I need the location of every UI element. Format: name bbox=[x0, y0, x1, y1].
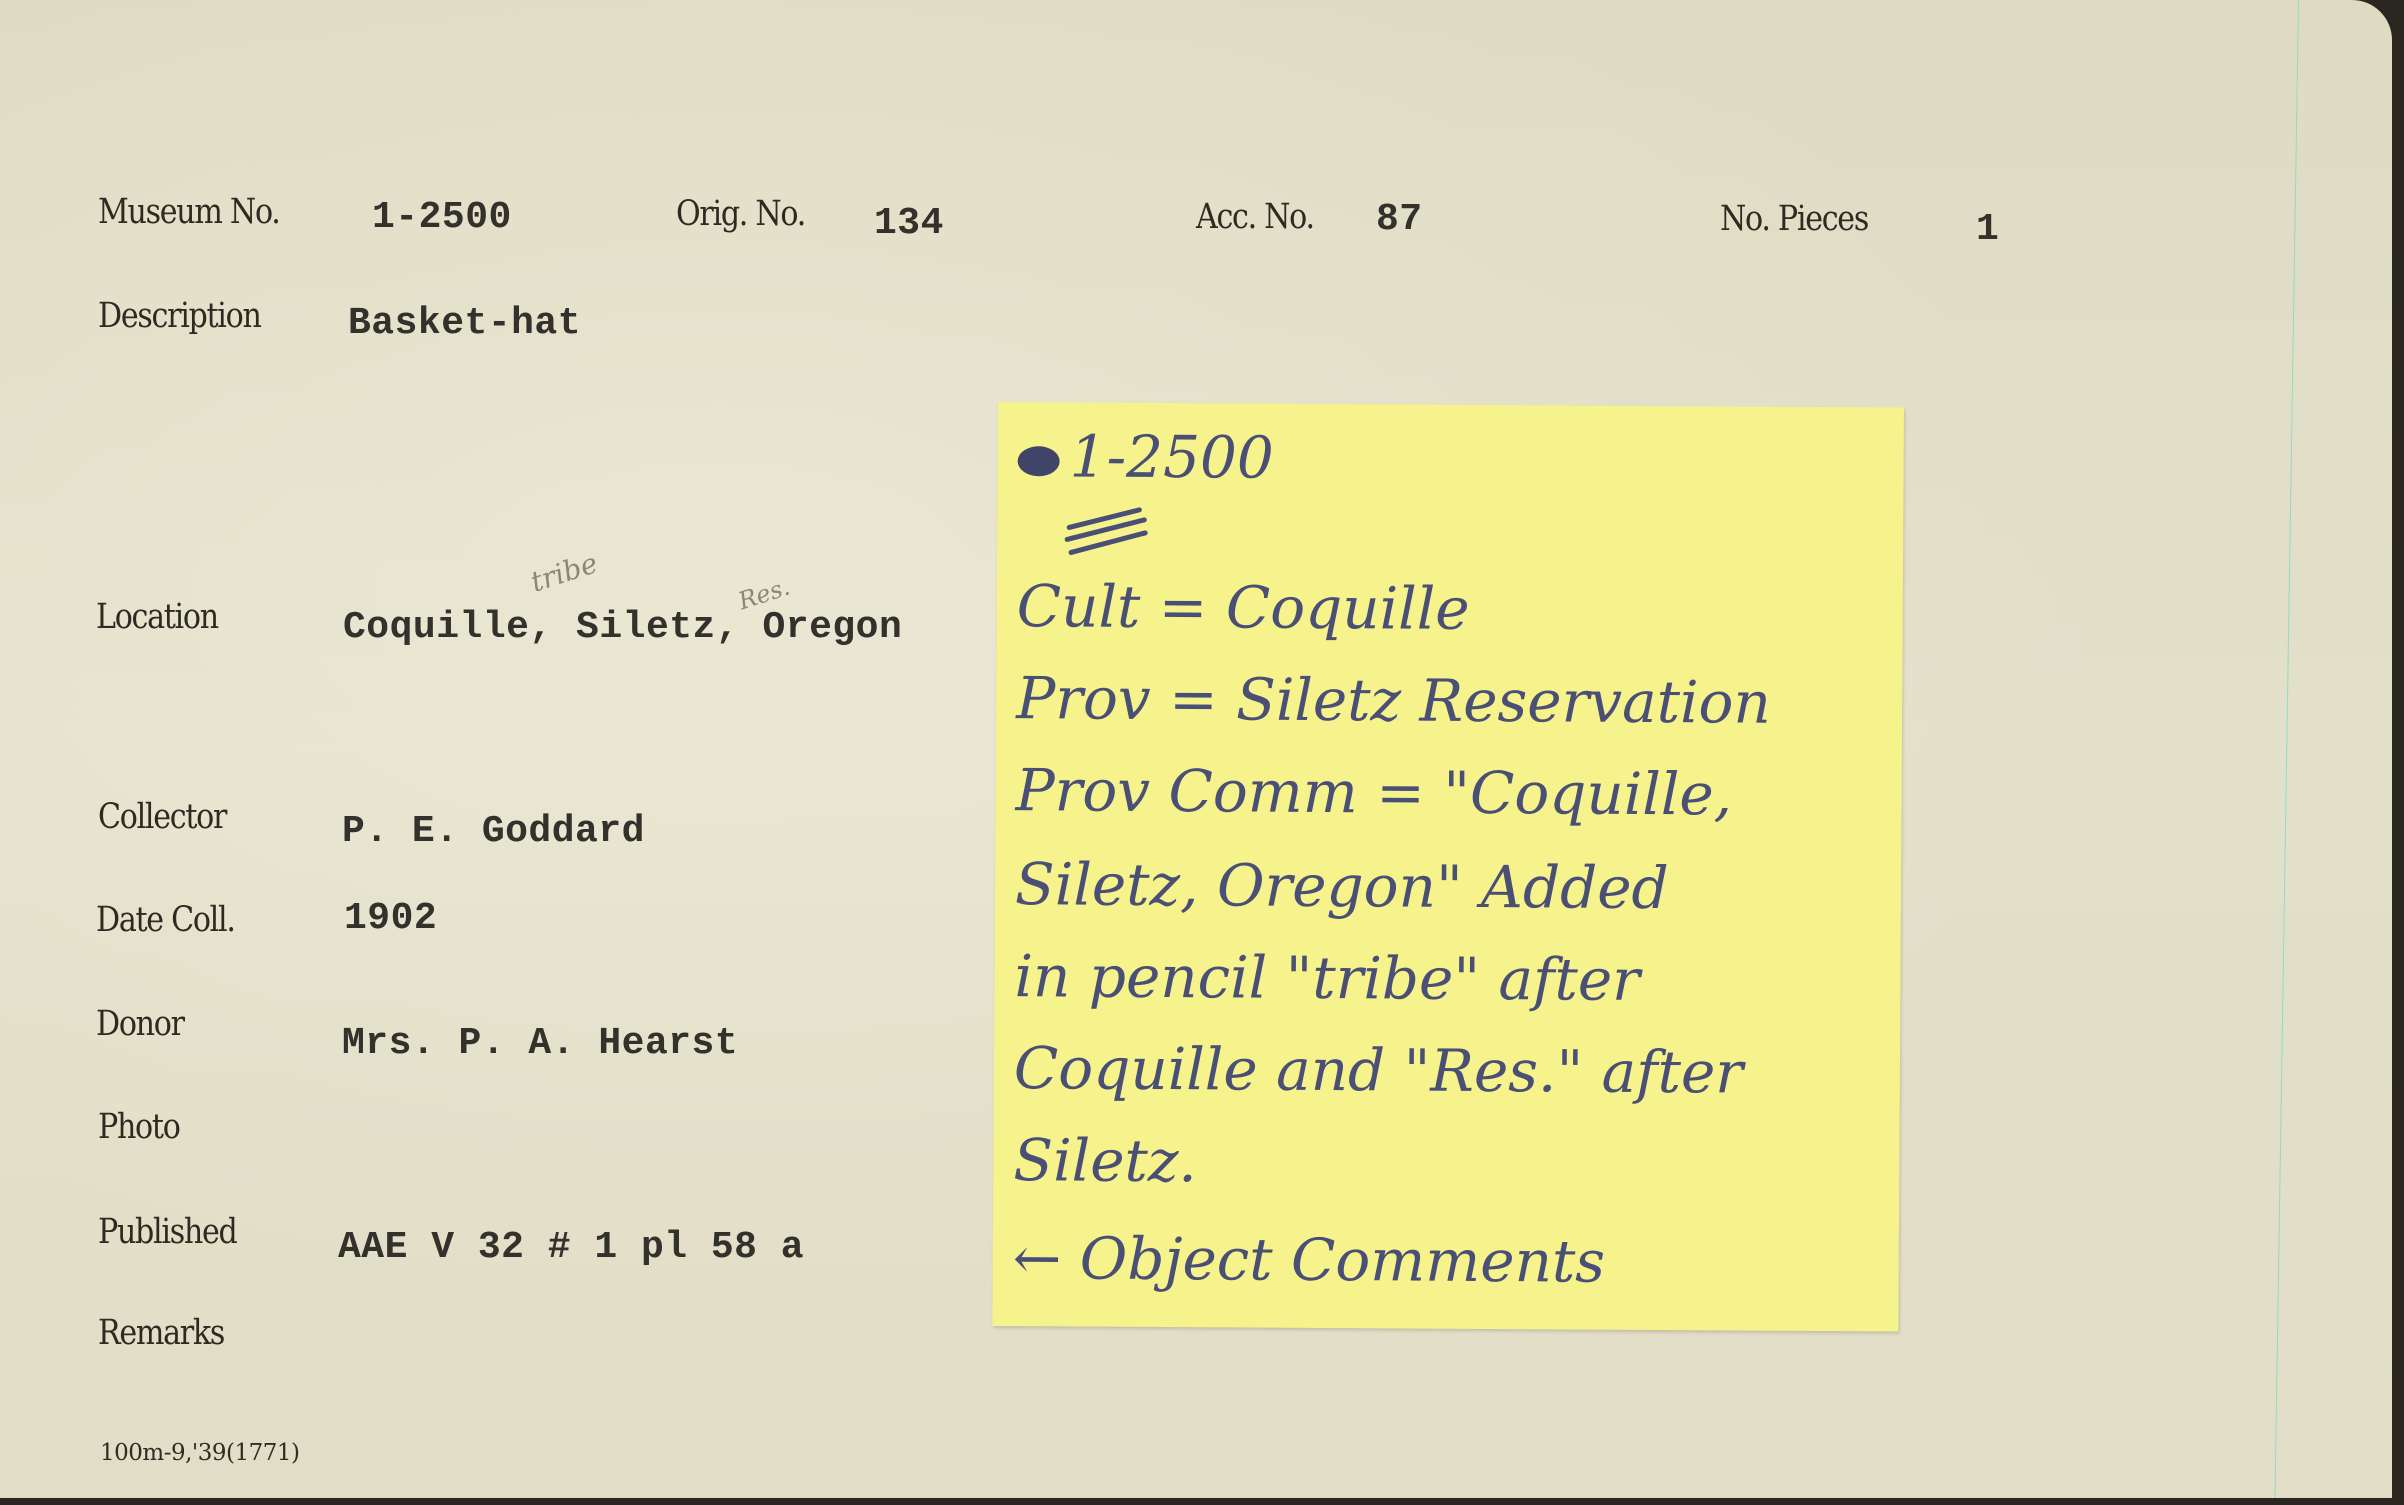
label-no-pieces: No. Pieces bbox=[1720, 199, 1868, 239]
label-location: Location bbox=[96, 597, 218, 637]
value-location: Coquille, Siletz, Oregon bbox=[343, 606, 902, 649]
double-underline-icon bbox=[1059, 497, 1159, 558]
sticky-note: 1-2500 Cult = Coquille Prov = Siletz Res… bbox=[992, 402, 1904, 1332]
value-description: Basket-hat bbox=[348, 302, 581, 345]
value-acc-no: 87 bbox=[1376, 198, 1423, 241]
note-line-5: in pencil "tribe" after bbox=[1014, 942, 1640, 1014]
print-code: 100m-9,'39(1771) bbox=[100, 1440, 300, 1466]
scribble-mark-icon bbox=[1018, 446, 1060, 476]
label-donor: Donor bbox=[96, 1004, 184, 1044]
value-donor: Mrs. P. A. Hearst bbox=[342, 1022, 738, 1065]
value-collector: P. E. Goddard bbox=[342, 810, 645, 853]
label-description: Description bbox=[98, 296, 261, 336]
label-published: Published bbox=[98, 1212, 236, 1252]
note-line-7: Siletz. bbox=[1013, 1126, 1197, 1195]
value-museum-no: 1-2500 bbox=[372, 196, 512, 239]
note-number: 1-2500 bbox=[1017, 422, 1274, 492]
note-line-3: Prov Comm = "Coquille, bbox=[1015, 756, 1732, 828]
value-published: AAE V 32 # 1 pl 58 a bbox=[338, 1226, 804, 1269]
label-photo: Photo bbox=[98, 1107, 180, 1147]
note-footer-object-comments: ← Object Comments bbox=[1013, 1224, 1606, 1296]
note-line-6: Coquille and "Res." after bbox=[1014, 1034, 1743, 1106]
note-line-4: Siletz, Oregon" Added bbox=[1015, 850, 1669, 922]
value-no-pieces: 1 bbox=[1976, 208, 1999, 251]
label-date-coll: Date Coll. bbox=[96, 900, 235, 940]
label-orig-no: Orig. No. bbox=[676, 194, 805, 234]
label-museum-no: Museum No. bbox=[98, 192, 280, 232]
value-orig-no: 134 bbox=[874, 202, 944, 245]
note-line-2: Prov = Siletz Reservation bbox=[1016, 664, 1771, 737]
label-remarks: Remarks bbox=[98, 1313, 224, 1353]
value-date-coll: 1902 bbox=[344, 897, 437, 940]
note-number-text: 1-2500 bbox=[1069, 422, 1274, 491]
label-collector: Collector bbox=[98, 797, 226, 837]
catalog-card: Museum No. 1-2500 Orig. No. 134 Acc. No.… bbox=[0, 0, 2392, 1498]
pencil-annotation-tribe: tribe bbox=[527, 546, 602, 598]
note-line-1: Cult = Coquille bbox=[1017, 572, 1470, 643]
label-acc-no: Acc. No. bbox=[1196, 197, 1314, 237]
